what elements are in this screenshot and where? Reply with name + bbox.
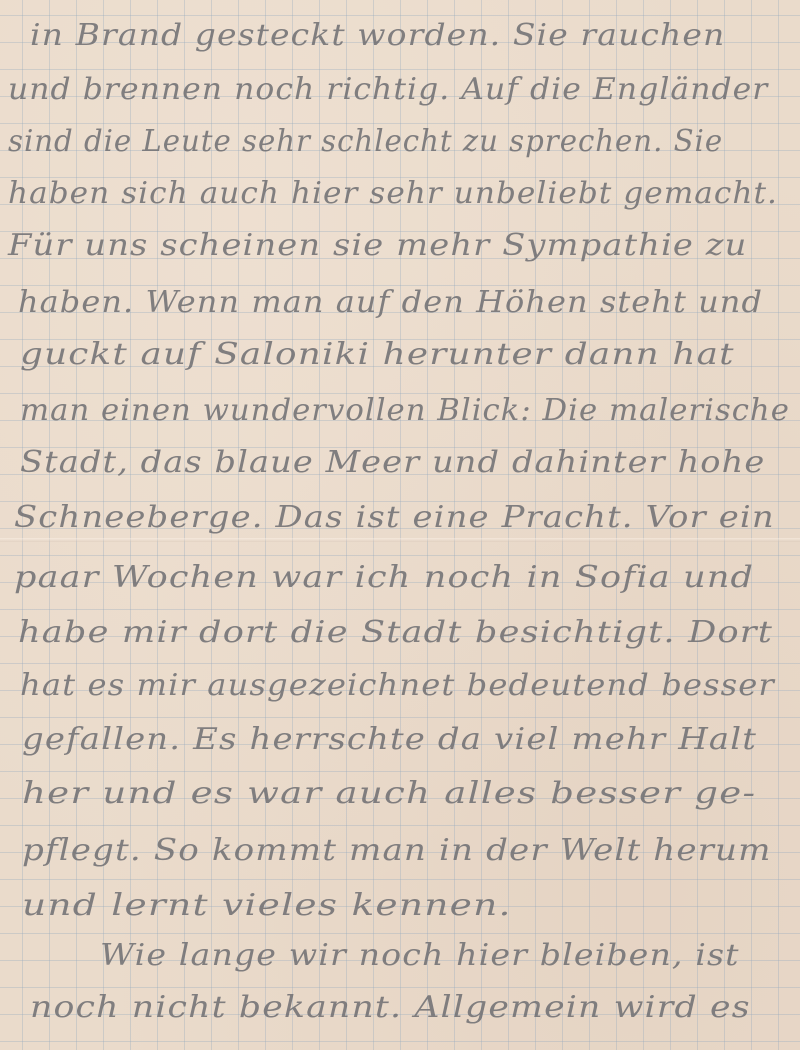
letter-line-3: sind die Leute sehr schlecht zu sprechen… — [8, 124, 723, 159]
letter-line-10: Schneeberge. Das ist eine Pracht. Vor ei… — [14, 500, 775, 535]
letter-line-18-paragraph-start: Wie lange wir noch hier bleiben, ist — [100, 938, 740, 973]
letter-line-1: in Brand gesteckt worden. Sie rauchen — [30, 18, 725, 53]
letter-line-5: Für uns scheinen sie mehr Sympathie zu — [8, 228, 747, 263]
letter-line-13: hat es mir ausgezeichnet bedeutend besse… — [20, 668, 775, 703]
letter-line-4: haben sich auch hier sehr unbeliebt gema… — [8, 176, 778, 211]
handwritten-letter-page: in Brand gesteckt worden. Sie rauchen un… — [0, 0, 800, 1050]
letter-line-8: man einen wundervollen Blick: Die maleri… — [20, 393, 790, 428]
letter-line-12: habe mir dort die Stadt besichtigt. Dort — [18, 615, 773, 650]
letter-line-2: und brennen noch richtig. Auf die Englän… — [8, 72, 768, 107]
letter-line-15: her und es war auch alles besser ge- — [22, 776, 756, 811]
letter-line-7: guckt auf Saloniki herunter dann hat — [20, 337, 735, 372]
letter-line-9: Stadt, das blaue Meer und dahinter hohe — [20, 445, 765, 480]
letter-line-11: paar Wochen war ich noch in Sofia und — [14, 560, 754, 595]
letter-line-19: noch nicht bekannt. Allgemein wird es — [30, 990, 751, 1025]
letter-line-16: pflegt. So kommt man in der Welt herum — [22, 833, 772, 868]
letter-line-17: und lernt vieles kennen. — [22, 888, 512, 923]
letter-line-6: haben. Wenn man auf den Höhen steht und — [18, 285, 763, 320]
letter-line-14: gefallen. Es herrschte da viel mehr Halt — [22, 722, 757, 757]
